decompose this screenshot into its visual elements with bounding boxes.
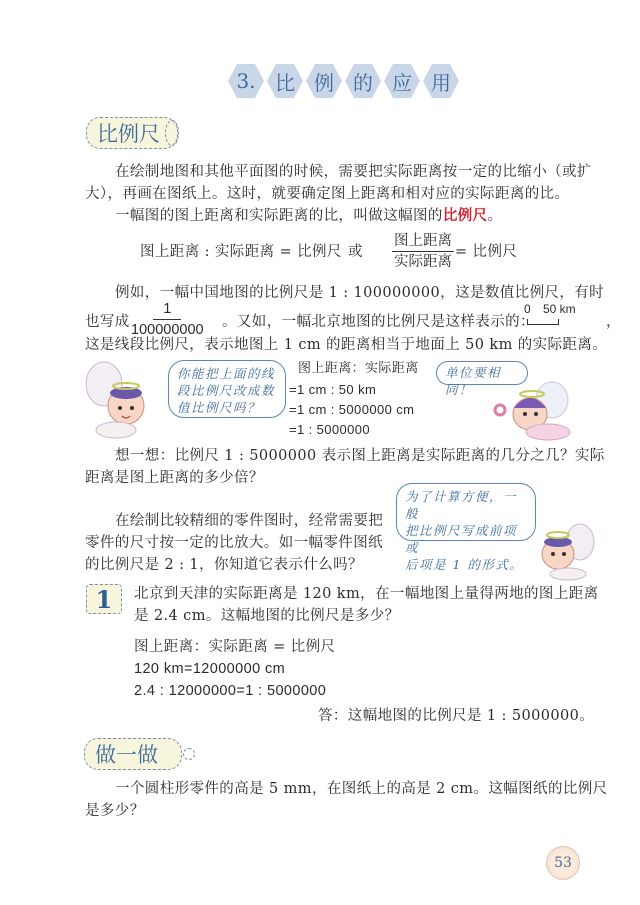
- angel-girl-illustration: [492, 380, 574, 442]
- intro-line-2: 大），再画在图纸上。这时，就要确定图上距离和相对应的实际距离的比。: [85, 184, 569, 204]
- definition-end: 。: [488, 208, 503, 224]
- practice-line-1: 一个圆柱形零件的高是 5 mm，在图纸上的高是 2 cm。这幅图纸的比例尺: [115, 779, 608, 799]
- conversion-step-2: =1 cm : 50 km: [289, 380, 376, 400]
- intro-line-1: 在绘制地图和其他平面图的时候，需要把实际距离按一定的比缩小（或扩: [115, 162, 592, 182]
- example1-question-line-2: 是 2.4 cm。这幅地图的比例尺是多少？: [134, 606, 400, 626]
- definition-text: 一幅图的图上距离和实际距离的比，叫做这幅图的: [115, 208, 443, 224]
- formula-fraction: 图上距离 实际距离: [392, 231, 454, 272]
- scale-bar-end: 50 km: [543, 302, 576, 316]
- parts-line-2: 零件的尺寸按一定的比放大。如一幅零件图纸: [85, 533, 383, 553]
- angel-boy-illustration: [82, 360, 160, 440]
- section-tag-label: 比例尺: [97, 118, 160, 148]
- conversion-step-1: 图上距离：实际距离: [298, 359, 419, 379]
- tip-line-1: 为了计算方便，一般: [405, 488, 527, 522]
- title-hex-2: 比: [267, 64, 303, 98]
- bubble-line-1: 你能把上面的线: [177, 365, 277, 382]
- parts-line-3: 的比例尺是 2 : 1，你知道它表示什么吗？: [85, 555, 363, 575]
- example-numerator: 1: [153, 299, 181, 320]
- title-hex-6: 用: [423, 64, 459, 98]
- example1-step-2: 120 km=12000000 cm: [134, 659, 285, 679]
- tip-line-2: 把比例尺写成前项或: [405, 522, 527, 556]
- example1-step-1: 图上距离：实际距离 = 比例尺: [134, 637, 335, 657]
- page-number-badge: 53: [546, 846, 580, 880]
- tag-scroll-icon: [165, 120, 179, 146]
- definition-line: 一幅图的图上距离和实际距离的比，叫做这幅图的比例尺。: [115, 206, 502, 226]
- angel-boy-illustration-2: [528, 520, 598, 582]
- formula-or: 或: [348, 242, 363, 262]
- parts-line-1: 在绘制比较精细的零件图时，经常需要把: [115, 511, 383, 531]
- example1-question-line-1: 北京到天津的实际距离是 120 km，在一幅地图上量得两地的图上距离: [134, 584, 599, 604]
- example-line-2-suffix: 。又如，一幅北京地图的比例尺是这样表示的：: [222, 312, 535, 332]
- section-tag-scale: 比例尺: [86, 117, 178, 149]
- line-scale-bar: 0 50 km: [524, 302, 590, 316]
- example-line-2-prefix: 也写成: [85, 312, 130, 332]
- example-fraction: 1 100000000: [131, 299, 204, 340]
- page-title: 3. 比 例 的 应 用: [228, 64, 459, 98]
- formula-ratio: 图上距离 : 实际距离 = 比例尺: [140, 242, 342, 262]
- formula-denominator: 实际距离: [394, 252, 452, 272]
- tip-line-3: 后项是 1 的形式。: [405, 556, 527, 573]
- scale-term: 比例尺: [443, 207, 488, 224]
- speech-bubble-tip: 为了计算方便，一般 把比例尺写成前项或 后项是 1 的形式。: [396, 483, 536, 541]
- example1-step-3: 2.4 : 12000000=1 : 5000000: [134, 681, 326, 701]
- think-line-1: 想一想：比例尺 1 : 5000000 表示图上距离是实际距离的几分之几？实际: [115, 446, 605, 466]
- scale-bar-line: [527, 319, 559, 325]
- example1-answer: 答：这幅地图的比例尺是 1 : 5000000。: [318, 706, 594, 726]
- example-number-badge: 1: [86, 584, 122, 614]
- think-line-2: 距离是图上距离的多少倍？: [85, 468, 264, 488]
- scale-bar-start: 0: [524, 302, 531, 316]
- bubble-line-3: 值比例尺吗？: [177, 399, 277, 416]
- practice-line-2: 是多少？: [85, 801, 145, 821]
- title-hex-5: 应: [384, 64, 420, 98]
- formula-numerator: 图上距离: [392, 231, 454, 252]
- tag-bulb-icon: [183, 748, 195, 760]
- title-hex-4: 的: [345, 64, 381, 98]
- example-line-3: 这是线段比例尺，表示地图上 1 cm 的距离相当于地面上 50 km 的实际距离…: [85, 335, 607, 355]
- comma: ，: [606, 312, 621, 332]
- title-hex-1: 3.: [228, 64, 264, 98]
- formula-equals: = 比例尺: [455, 242, 517, 262]
- title-hex-3: 例: [306, 64, 342, 98]
- speech-bubble-question: 你能把上面的线 段比例尺改成数 值比例尺吗？: [168, 360, 286, 418]
- conversion-step-4: =1 : 5000000: [289, 420, 370, 440]
- section-tag-practice: 做一做: [84, 738, 182, 770]
- bubble-line-2: 段比例尺改成数: [177, 382, 277, 399]
- conversion-step-3: =1 cm : 5000000 cm: [289, 400, 414, 420]
- practice-tag-label: 做一做: [95, 739, 158, 769]
